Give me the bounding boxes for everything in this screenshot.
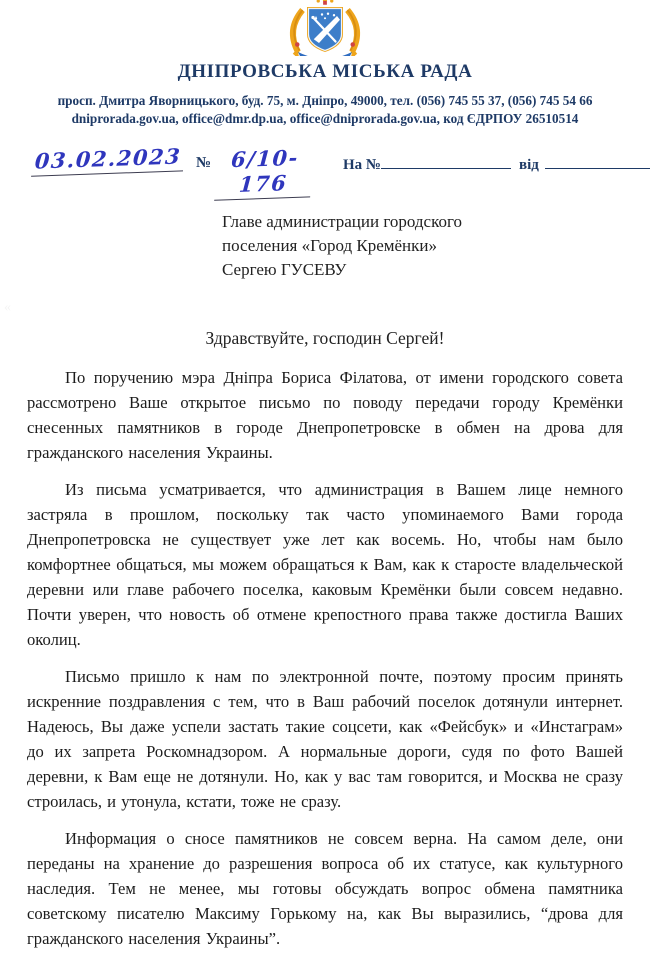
- paragraph-2: Из письма усматривается, что администрац…: [27, 477, 623, 652]
- paragraph-3: Письмо пришло к нам по электронной почте…: [27, 664, 623, 814]
- emblem-red-accent-left: [295, 42, 300, 47]
- recipient-line-3: Сергею ГУСЕВУ: [222, 258, 650, 282]
- incoming-date-label: від: [519, 157, 539, 173]
- emblem-top-ornament: [317, 0, 334, 5]
- outgoing-date-handwritten: 03.02.2023: [31, 143, 185, 176]
- emblem-red-accent-right: [351, 42, 356, 47]
- address-line-1: просп. Дмитра Яворницького, буд. 75, м. …: [0, 92, 650, 110]
- outgoing-number-handwritten: 6/10-176: [214, 144, 314, 201]
- coat-of-arms-icon: [280, 0, 370, 56]
- scan-artifact: «: [4, 300, 11, 316]
- paragraph-1: По поручению мэра Дніпра Бориса Філатова…: [27, 365, 623, 465]
- dnipro-coat-of-arms-svg: [280, 0, 370, 56]
- incoming-number-label: На №: [343, 157, 381, 173]
- recipient-line-1: Главе администрации городского: [222, 210, 650, 234]
- address-line-2: dniprorada.gov.ua, office@dmr.dp.ua, off…: [0, 110, 650, 128]
- organization-address: просп. Дмитра Яворницького, буд. 75, м. …: [0, 92, 650, 128]
- paragraph-4: Информация о сносе памятников не совсем …: [27, 826, 623, 951]
- recipient-line-2: поселения «Город Кремёнки»: [222, 234, 650, 258]
- scanned-letter-page: ДНІПРОВСЬКА МІСЬКА РАДА просп. Дмитра Яв…: [0, 0, 650, 960]
- letterhead: ДНІПРОВСЬКА МІСЬКА РАДА просп. Дмитра Яв…: [0, 0, 650, 128]
- emblem-shield: [307, 7, 343, 52]
- number-sign: №: [196, 155, 211, 172]
- reference-row: 03.02.2023 № 6/10-176 На №від: [0, 144, 650, 184]
- organization-title: ДНІПРОВСЬКА МІСЬКА РАДА: [0, 61, 650, 83]
- emblem-ribbon: [294, 52, 357, 56]
- greeting-line: Здравствуйте, господин Сергей!: [0, 328, 650, 349]
- incoming-date-blank: [545, 154, 650, 169]
- incoming-reference: На №від: [343, 154, 650, 174]
- incoming-number-blank: [381, 154, 511, 169]
- letter-body: По поручению мэра Дніпра Бориса Філатова…: [27, 365, 623, 951]
- recipient-block: Главе администрации городского поселения…: [222, 210, 650, 282]
